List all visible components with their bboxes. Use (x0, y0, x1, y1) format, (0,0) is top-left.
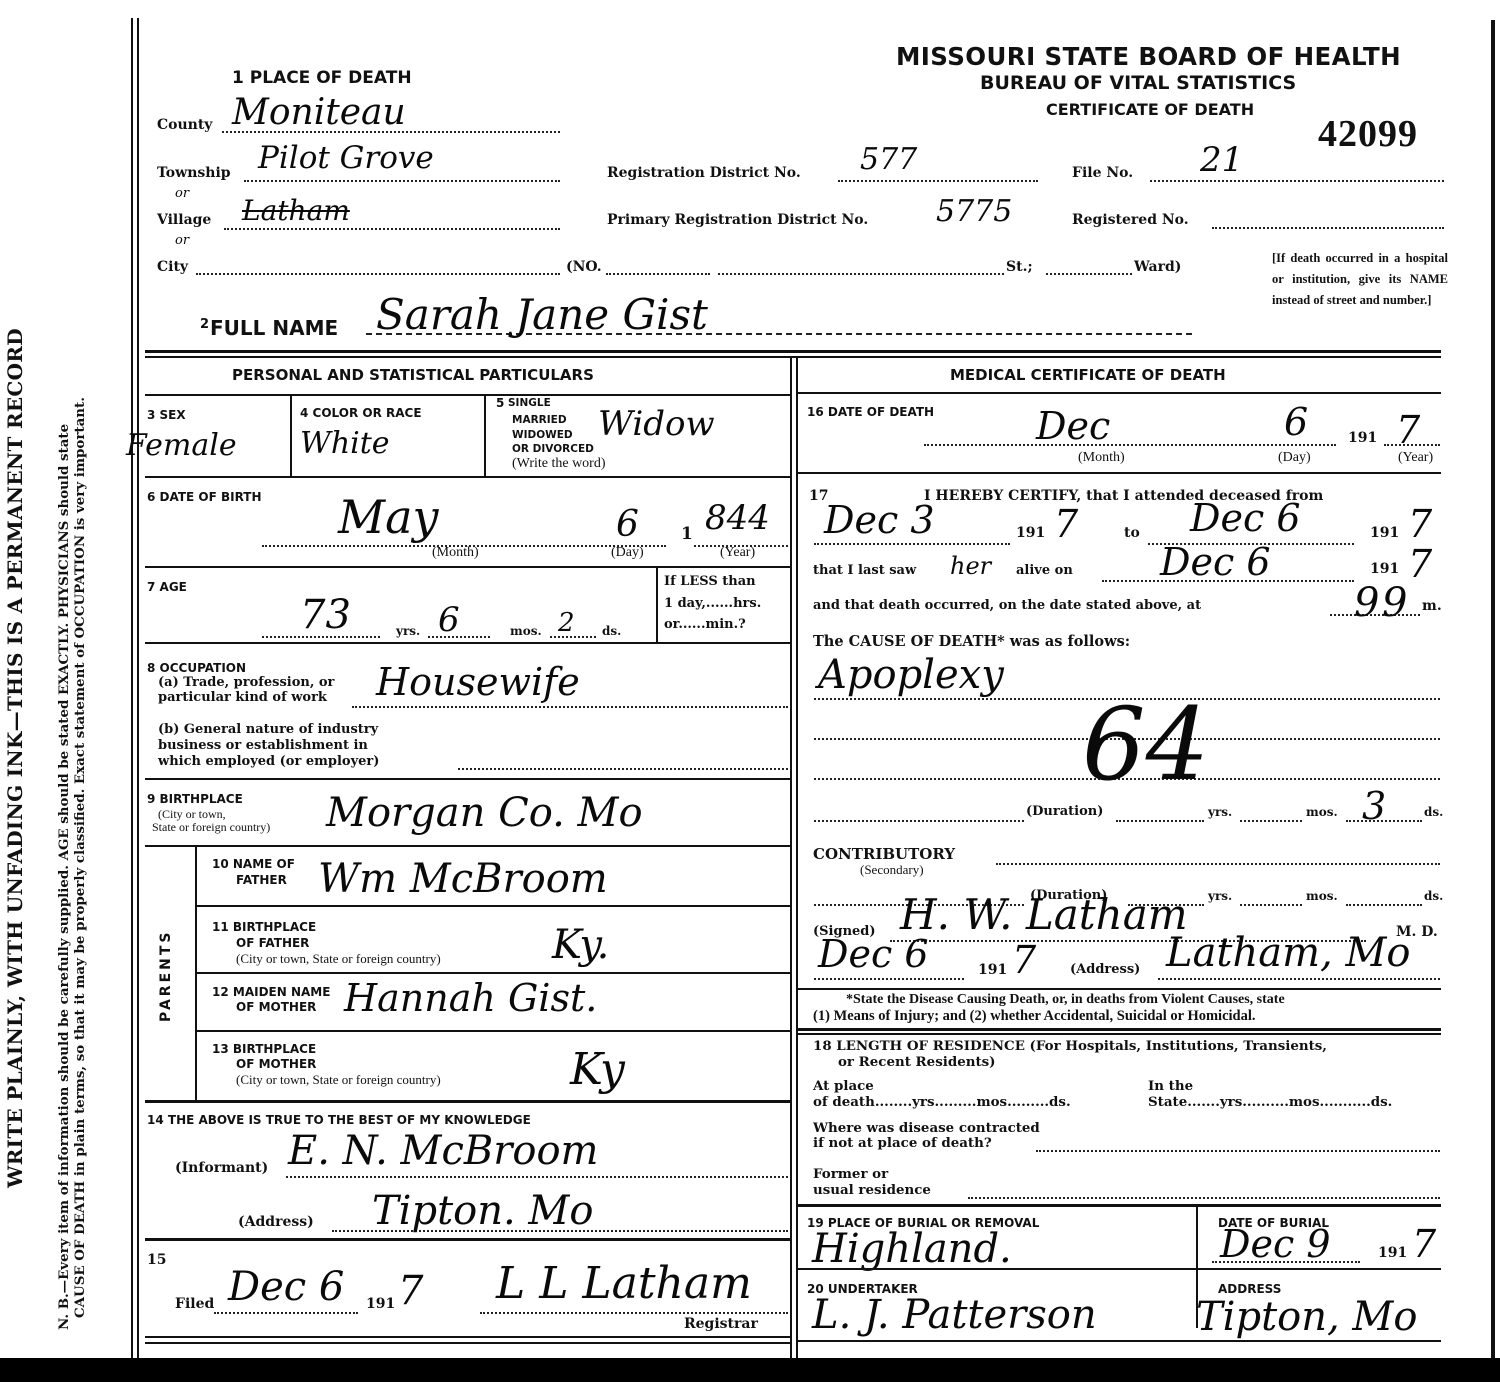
duration2-months-field (1240, 896, 1302, 906)
former-residence-label1: Former or (813, 1166, 888, 1182)
death-time-suffix: m. (1422, 598, 1442, 614)
certificate-number: 42099 (1318, 112, 1418, 156)
dob-year-prefix: 1 (681, 524, 693, 544)
filed-label: Filed (175, 1296, 214, 1312)
duration2-yrs-unit: yrs. (1208, 889, 1232, 903)
dod-month-value: Dec (1036, 404, 1110, 448)
secondary-label: (Secondary) (860, 862, 924, 878)
occupation-b-line3: which employed (or employer) (158, 754, 379, 769)
mother-maiden-label2: OF MOTHER (236, 1000, 316, 1014)
age-label: 7 AGE (147, 580, 187, 594)
duration-years-field (1116, 812, 1204, 822)
village-label: Village (157, 212, 211, 228)
duration-months-field (1240, 812, 1302, 822)
dod-year-prefix: 191 (1348, 430, 1377, 446)
row-line (145, 778, 790, 780)
township-label: Township (157, 165, 231, 181)
death-certificate-page: WRITE PLAINLY, WITH UNFADING INK—THIS IS… (0, 0, 1500, 1358)
dob-month-caption: (Month) (432, 545, 479, 561)
signed-year-prefix: 191 (978, 962, 1007, 978)
ward-label: Ward) (1134, 259, 1181, 275)
or-2: or (175, 233, 189, 248)
county-value: Moniteau (232, 92, 406, 133)
row-line (796, 1033, 1441, 1035)
occupation-label: 8 OCCUPATION (147, 661, 246, 675)
age-days-value: 2 (558, 608, 575, 638)
registrar-signature: L L Latham (496, 1258, 752, 1309)
street-label: St.; (1006, 259, 1033, 275)
row-line (145, 1336, 790, 1338)
occupation-a-line1: (a) Trade, profession, or (158, 675, 334, 690)
date-of-birth-label: 6 DATE OF BIRTH (147, 490, 262, 504)
age-yrs-unit: yrs. (396, 624, 420, 638)
less-than-line2: 1 day,......hrs. (664, 596, 761, 611)
last-saw-year: 7 (1408, 542, 1432, 586)
cause-annotation-mark: 64 (1082, 690, 1209, 800)
duration-days-value: 3 (1362, 784, 1386, 828)
frame-left-outer (131, 18, 133, 1358)
file-no-field (1150, 170, 1444, 182)
board-title: MISSOURI STATE BOARD OF HEALTH (896, 42, 1401, 71)
row-line (796, 472, 1441, 474)
row-line (796, 1268, 1441, 1270)
dod-field (924, 436, 1336, 446)
ward-field (1046, 265, 1132, 275)
father-birthplace-value: Ky. (552, 922, 609, 968)
last-saw-pronoun: her (950, 552, 991, 580)
age-mos-unit: mos. (510, 624, 542, 638)
street-no-label: (NO. (566, 259, 602, 275)
row-line (145, 1342, 790, 1344)
row-line (145, 1100, 790, 1103)
burial-place-value: Highland. (812, 1226, 1012, 1272)
filed-number: 15 (147, 1252, 166, 1268)
divider-top (145, 350, 1441, 353)
last-saw-year-prefix: 191 (1370, 561, 1399, 577)
birthplace-value: Morgan Co. Mo (326, 790, 643, 836)
row-line (195, 905, 790, 907)
duration-label: (Duration) (1026, 804, 1103, 819)
column-divider-right (796, 356, 798, 1358)
street-name-field (718, 265, 1004, 275)
attended-to-label: to (1124, 525, 1140, 541)
age-ds-unit: ds. (602, 624, 621, 638)
attended-from-year: 7 (1054, 502, 1078, 546)
sex-label: 3 SEX (147, 408, 186, 422)
personal-section-title: PERSONAL AND STATISTICAL PARTICULARS (232, 366, 594, 384)
or-1: or (175, 186, 189, 201)
marital-option-married: MARRIED (512, 414, 567, 426)
occupation-b-field (458, 760, 788, 770)
mother-birthplace-value: Ky (570, 1044, 625, 1095)
occupation-a-line2: particular kind of work (158, 690, 327, 705)
attended-to-value: Dec 6 (1190, 496, 1301, 540)
row-line (145, 1238, 790, 1241)
full-name-value: Sarah Jane Gist (376, 290, 708, 339)
hospital-note: [If death occurred in a hospital or inst… (1272, 248, 1448, 311)
row-line (796, 392, 1441, 394)
father-name-value: Wm McBroom (318, 856, 608, 902)
duration-field-a (814, 812, 1024, 822)
registered-no-field (1212, 217, 1444, 229)
bureau-title: BUREAU OF VITAL STATISTICS (980, 72, 1296, 94)
city-field (196, 265, 560, 275)
row-line (145, 845, 790, 847)
city-label: City (157, 259, 188, 275)
parents-label: PARENTS (158, 929, 174, 1022)
footnote-line2: (1) Means of Injury; and (2) whether Acc… (813, 1008, 1256, 1025)
occupation-b-line1: (b) General nature of industry (158, 722, 378, 737)
marital-option-widowed: WIDOWED (512, 429, 573, 441)
attended-to-year: 7 (1408, 502, 1432, 546)
primary-registration-label: Primary Registration District No. (607, 212, 868, 228)
row-line (796, 1204, 1441, 1207)
frame-right (1491, 20, 1495, 1358)
cause-of-death-label: The CAUSE OF DEATH* was as follows: (813, 633, 1130, 650)
informant-label: (Informant) (175, 1160, 268, 1176)
row-line (145, 642, 790, 644)
registered-no-label: Registered No. (1072, 212, 1189, 228)
row-line (145, 476, 790, 478)
duration-mos-unit: mos. (1306, 805, 1338, 819)
dod-year-value: 7 (1396, 408, 1420, 452)
margin-notice-permanent-record: WRITE PLAINLY, WITH UNFADING INK—THIS IS… (2, 328, 28, 1188)
informant-address-value: Tipton. Mo (372, 1188, 593, 1234)
row-line (796, 1028, 1441, 1031)
occupation-b-line2: business or establishment in (158, 738, 368, 753)
row-line (796, 1340, 1441, 1342)
date-of-death-label: 16 DATE OF DEATH (807, 405, 934, 419)
margin-note-line2: CAUSE OF DEATH in plain terms, so that i… (72, 397, 89, 1318)
row-line (145, 566, 790, 568)
mother-birthplace-hint: (City or town, State or foreign country) (236, 1072, 441, 1088)
street-no-field (606, 265, 710, 275)
cell-divider (656, 566, 658, 642)
registration-district-label: Registration District No. (607, 165, 801, 181)
filed-year-value: 7 (398, 1268, 423, 1314)
village-value-struck: Latham (242, 194, 350, 227)
dob-year-caption: (Year) (720, 545, 755, 561)
father-name-label2: FATHER (236, 873, 287, 887)
medical-section-title: MEDICAL CERTIFICATE OF DEATH (950, 366, 1226, 384)
disease-contracted-field (1036, 1142, 1440, 1152)
death-time-label: and that death occurred, on the date sta… (813, 598, 1201, 613)
duration-yrs-unit: yrs. (1208, 805, 1232, 819)
sex-value: Female (126, 428, 237, 463)
cell-divider (290, 394, 292, 476)
knowledge-statement: 14 THE ABOVE IS TRUE TO THE BEST OF MY K… (147, 1113, 531, 1127)
residence-label-line1: 18 LENGTH OF RESIDENCE (For Hospitals, I… (813, 1038, 1327, 1054)
file-no-value: 21 (1200, 140, 1243, 180)
county-label: County (157, 117, 212, 133)
father-birthplace-label2: OF FATHER (236, 936, 309, 950)
contributory-field (996, 855, 1440, 865)
physician-address-label: (Address) (1070, 962, 1140, 977)
birthplace-hint2: State or foreign country) (152, 820, 270, 835)
column-divider-left (790, 356, 792, 1358)
filed-date-value: Dec 6 (228, 1264, 344, 1310)
full-name-number: 2 (200, 317, 209, 332)
alive-on-label: alive on (1016, 563, 1073, 578)
dob-day-value: 6 (616, 504, 639, 545)
color-race-value: White (300, 426, 390, 461)
physician-signature: H. W. Latham (900, 890, 1188, 939)
marital-status-value: Widow (598, 404, 715, 444)
certificate-title: CERTIFICATE OF DEATH (1046, 100, 1254, 119)
dod-month-caption: (Month) (1078, 450, 1125, 466)
cause-of-death-value: Apoplexy (818, 652, 1004, 698)
birthplace-label: 9 BIRTHPLACE (147, 792, 243, 806)
frame-left-inner (137, 18, 139, 1358)
less-than-line1: If LESS than (664, 574, 756, 589)
dod-year-caption: (Year) (1398, 450, 1433, 466)
color-race-label: 4 COLOR OR RACE (300, 406, 422, 420)
registrar-label: Registrar (684, 1316, 758, 1332)
informant-value: E. N. McBroom (288, 1128, 598, 1174)
place-of-death-label: 1 PLACE OF DEATH (232, 68, 412, 88)
filed-year-prefix: 191 (366, 1296, 395, 1312)
dob-month-value: May (338, 490, 439, 544)
divider-top-2 (145, 356, 1441, 358)
marital-status-number: 5 (496, 396, 504, 410)
burial-date-value: Dec 9 (1220, 1222, 1331, 1266)
disease-contracted-label1: Where was disease contracted (813, 1120, 1040, 1136)
death-time-value: 9 (1354, 580, 1379, 626)
last-saw-label: that I last saw (813, 563, 916, 578)
in-state-label1: In the (1148, 1078, 1193, 1094)
age-months-value: 6 (438, 600, 460, 640)
duration2-mos-unit: mos. (1306, 889, 1338, 903)
mother-birthplace-label2: OF MOTHER (236, 1057, 316, 1071)
less-than-line3: or......min.? (664, 617, 746, 632)
occupation-a-value: Housewife (376, 660, 580, 704)
cell-divider (484, 394, 486, 476)
last-saw-date-value: Dec 6 (1160, 540, 1271, 584)
signed-date-value: Dec 6 (818, 932, 929, 976)
township-value: Pilot Grove (258, 140, 434, 176)
residence-label-line2: or Recent Residents) (838, 1054, 996, 1070)
death-time-value-2: 9 (1382, 580, 1407, 626)
physician-address-value: Latham, Mo (1166, 930, 1411, 976)
signed-year-value: 7 (1012, 938, 1036, 982)
duration2-ds-unit: ds. (1424, 889, 1443, 903)
at-place-label2: of death........yrs.........mos.........… (813, 1094, 1071, 1110)
row-line (796, 988, 1441, 990)
mother-birthplace-label1: 13 BIRTHPLACE (212, 1042, 316, 1056)
row-line (145, 394, 790, 396)
dod-day-value: 6 (1284, 400, 1308, 444)
marital-option-single: SINGLE (508, 397, 551, 409)
age-years-value: 73 (300, 592, 351, 638)
in-state-label2: State.......yrs..........mos...........d… (1148, 1094, 1392, 1110)
former-residence-label2: usual residence (813, 1182, 931, 1198)
dod-day-caption: (Day) (1278, 450, 1311, 466)
burial-year-value: 7 (1412, 1222, 1436, 1266)
marital-hint: (Write the word) (512, 456, 606, 472)
registration-district-value: 577 (860, 142, 917, 177)
informant-address-label: (Address) (238, 1214, 314, 1230)
undertaker-value: L. J. Patterson (812, 1292, 1097, 1338)
attended-from-year-prefix: 191 (1016, 525, 1045, 541)
margin-note-line1: N. B.—Every item of information should b… (56, 424, 73, 1330)
undertaker-address-value: Tipton, Mo (1196, 1294, 1417, 1340)
full-name-label: FULL NAME (210, 316, 338, 340)
mother-maiden-label1: 12 MAIDEN NAME (212, 985, 330, 999)
row-line (195, 972, 790, 974)
duration-ds-unit: ds. (1424, 805, 1443, 819)
father-birthplace-label1: 11 BIRTHPLACE (212, 920, 316, 934)
footnote-line1: *State the Disease Causing Death, or, in… (846, 992, 1285, 1008)
former-residence-field (968, 1189, 1440, 1199)
mother-maiden-value: Hannah Gist. (344, 976, 597, 1020)
duration2-days-field (1346, 896, 1422, 906)
file-no-label: File No. (1072, 165, 1133, 181)
at-place-label1: At place (813, 1078, 874, 1094)
burial-year-prefix: 191 (1378, 1245, 1407, 1261)
father-birthplace-hint: (City or town, State or foreign country) (236, 951, 441, 967)
contributory-label: CONTRIBUTORY (813, 845, 955, 863)
attended-to-year-prefix: 191 (1370, 525, 1399, 541)
dob-day-caption: (Day) (611, 545, 644, 561)
marital-option-divorced: OR DIVORCED (512, 443, 594, 455)
attended-from-value: Dec 3 (824, 498, 935, 542)
disease-contracted-label2: if not at place of death? (813, 1135, 992, 1151)
primary-registration-value: 5775 (936, 194, 1012, 229)
row-line (195, 1030, 790, 1032)
dob-year-value: 844 (705, 498, 770, 538)
father-name-label1: 10 NAME OF (212, 857, 295, 871)
